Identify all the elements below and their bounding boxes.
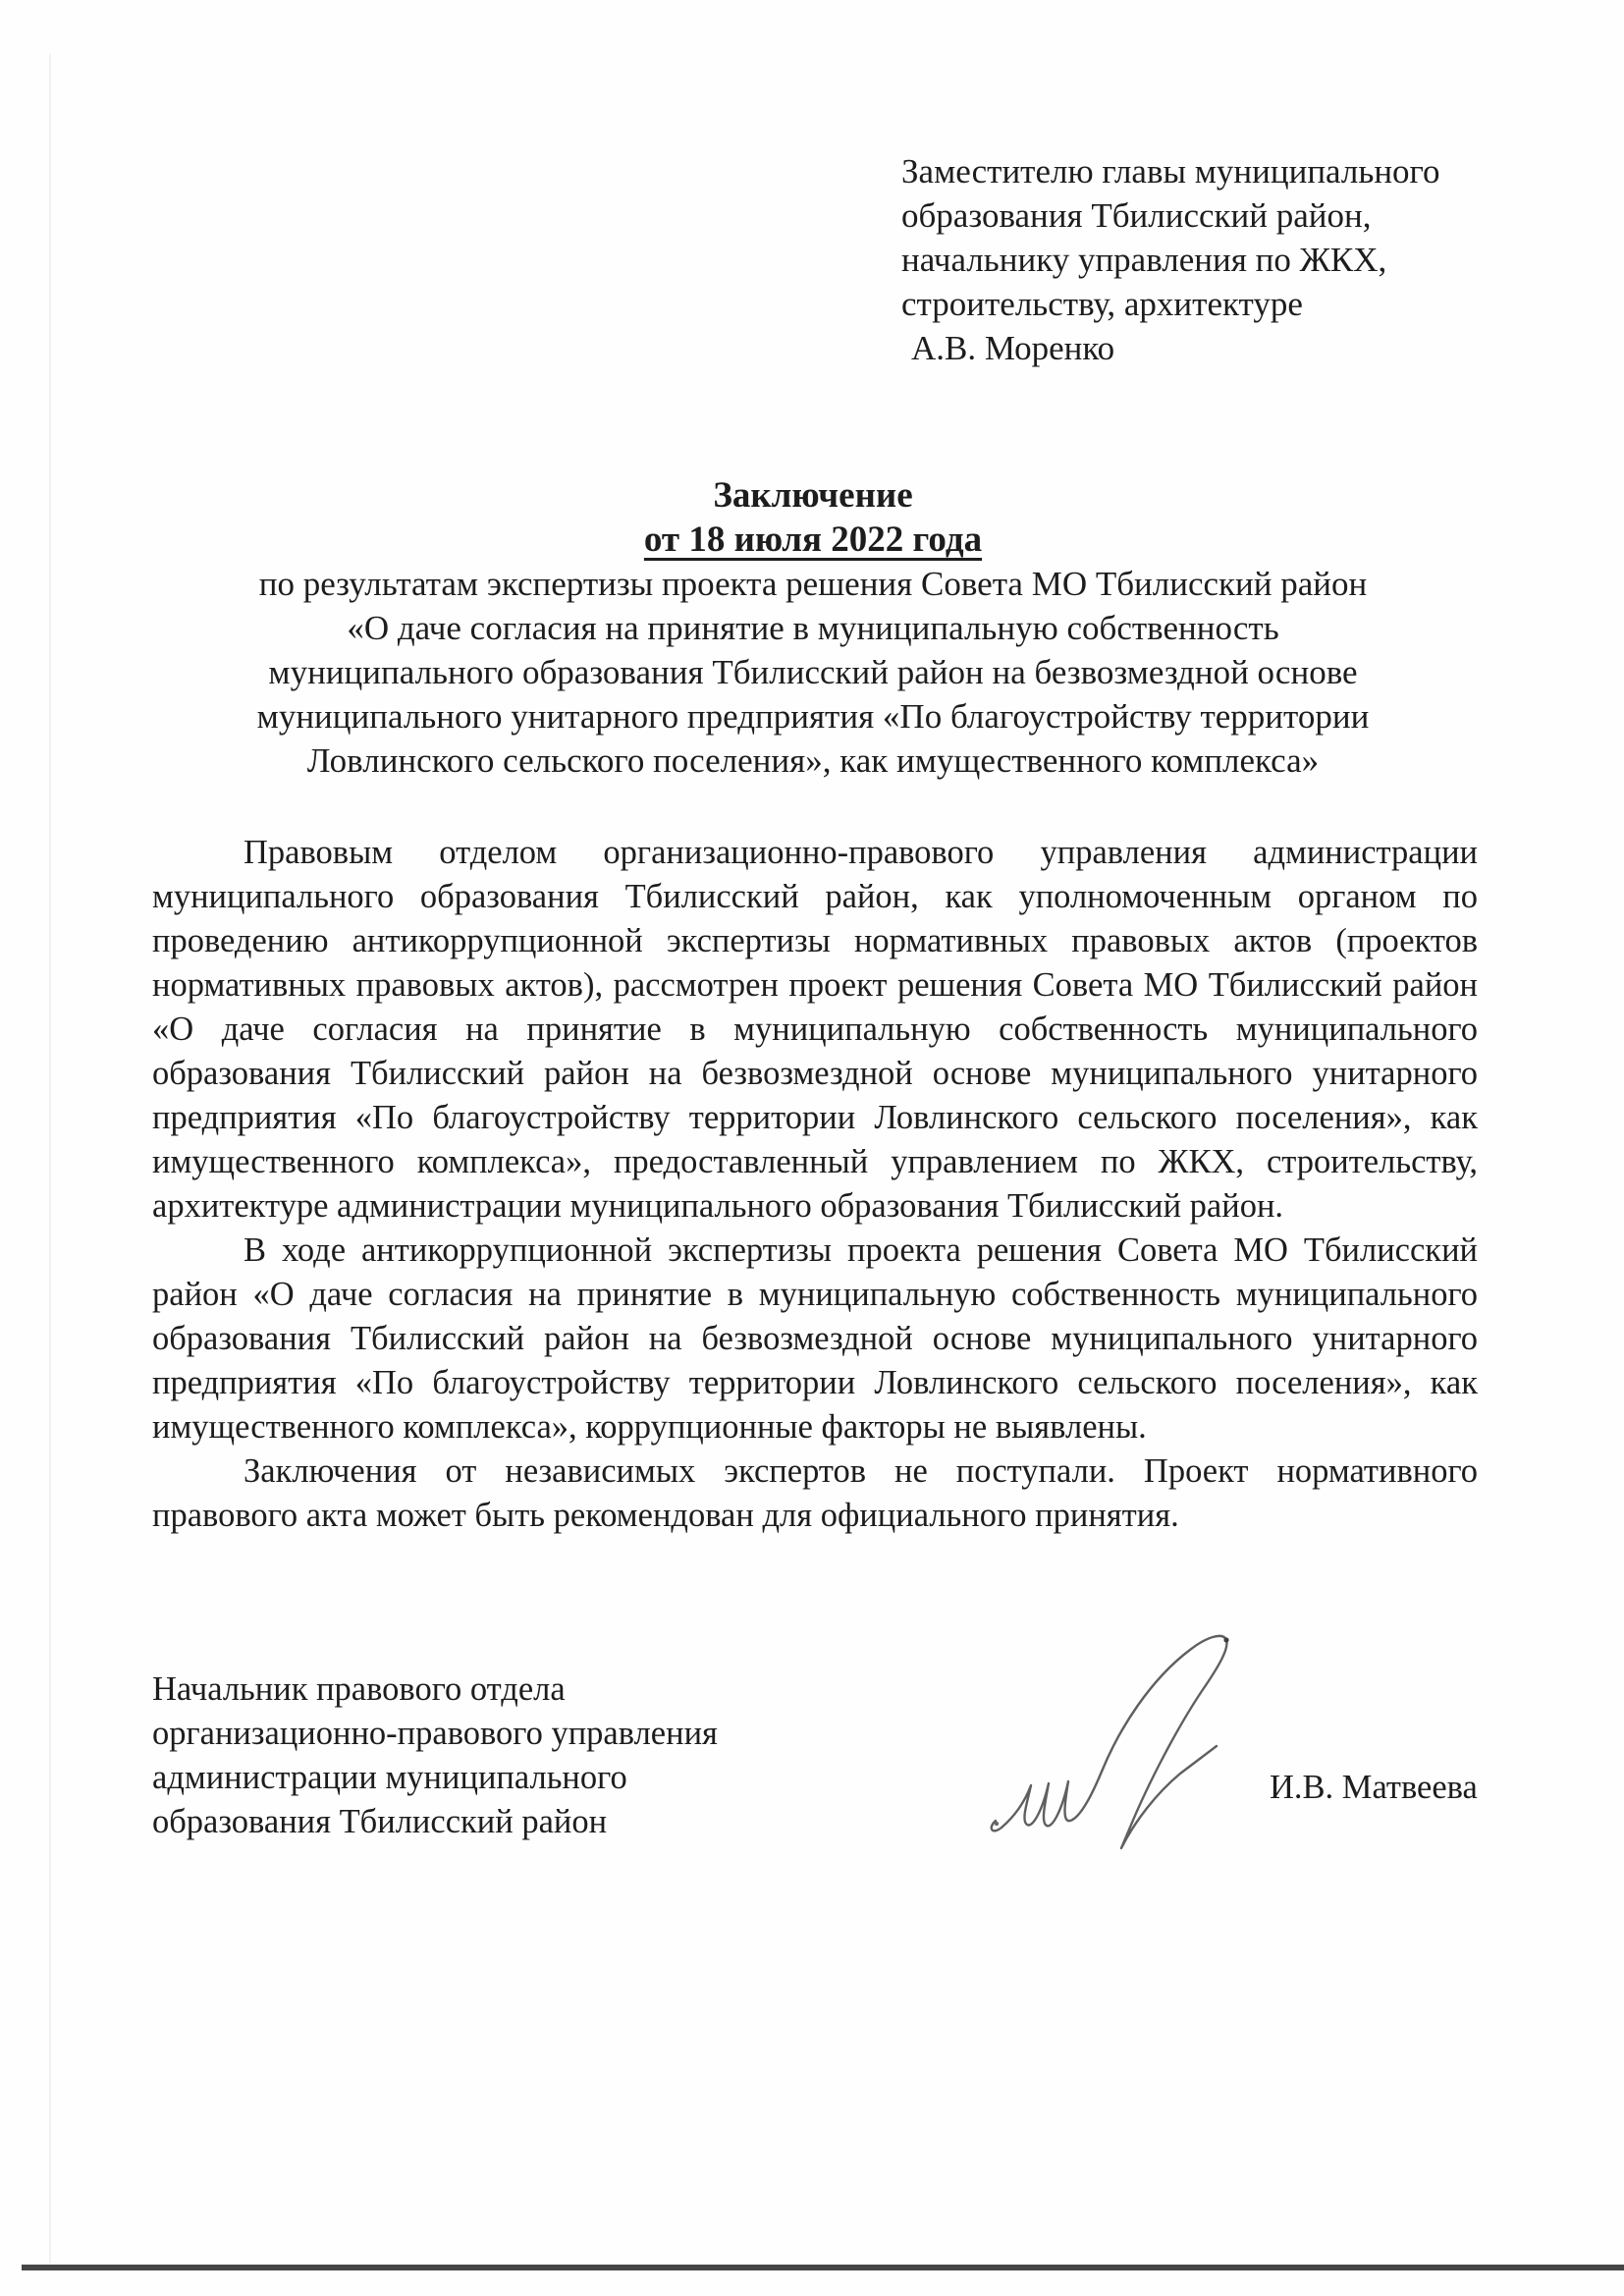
addressee-line: начальнику управления по ЖКХ, bbox=[901, 238, 1432, 282]
document-subtitle-line: муниципального унитарного предприятия «П… bbox=[149, 694, 1477, 738]
scan-artifact-bottom-line bbox=[22, 2265, 1624, 2270]
signer-position-line: образования Тбилисский район bbox=[152, 1800, 781, 1844]
document-subtitle-line: по результатам экспертизы проекта решени… bbox=[149, 562, 1477, 606]
signer-position-line: Начальник правового отдела bbox=[152, 1667, 781, 1712]
body-paragraph: В ходе антикоррупционной экспертизы прое… bbox=[152, 1229, 1478, 1449]
document-body: Правовым отделом организационно-правовог… bbox=[152, 831, 1478, 1538]
document-date: от 18 июля 2022 года bbox=[149, 518, 1477, 562]
signer-position-line: администрации муниципального bbox=[152, 1756, 781, 1800]
scan-artifact-vertical-line bbox=[49, 54, 51, 2264]
document-title: Заключение bbox=[149, 473, 1477, 518]
title-block: Заключение от 18 июля 2022 года по резул… bbox=[149, 473, 1477, 783]
handwritten-signature bbox=[982, 1628, 1267, 1856]
addressee-block: Заместителю главы муниципального образов… bbox=[901, 149, 1432, 370]
body-paragraph: Правовым отделом организационно-правовог… bbox=[152, 831, 1478, 1229]
scanned-document-page: Заместителю главы муниципального образов… bbox=[0, 0, 1624, 2296]
signature-block: Начальник правового отдела организационн… bbox=[152, 1667, 1478, 1884]
body-paragraph: Заключения от независимых экспертов не п… bbox=[152, 1449, 1478, 1538]
signer-name: И.В. Матвеева bbox=[1270, 1766, 1478, 1810]
addressee-line: Заместителю главы муниципального bbox=[901, 149, 1432, 193]
addressee-line: строительству, архитектуре bbox=[901, 282, 1432, 326]
document-subtitle-line: муниципального образования Тбилисский ра… bbox=[149, 650, 1477, 694]
document-subtitle-line: Ловлинского сельского поселения», как им… bbox=[149, 738, 1477, 783]
addressee-line: образования Тбилисский район, bbox=[901, 193, 1432, 238]
signer-position-line: организационно-правового управления bbox=[152, 1712, 781, 1756]
addressee-name: А.В. Моренко bbox=[901, 326, 1432, 370]
document-subtitle-line: «О даче согласия на принятие в муниципал… bbox=[149, 606, 1477, 650]
signer-position-block: Начальник правового отдела организационн… bbox=[152, 1667, 781, 1844]
